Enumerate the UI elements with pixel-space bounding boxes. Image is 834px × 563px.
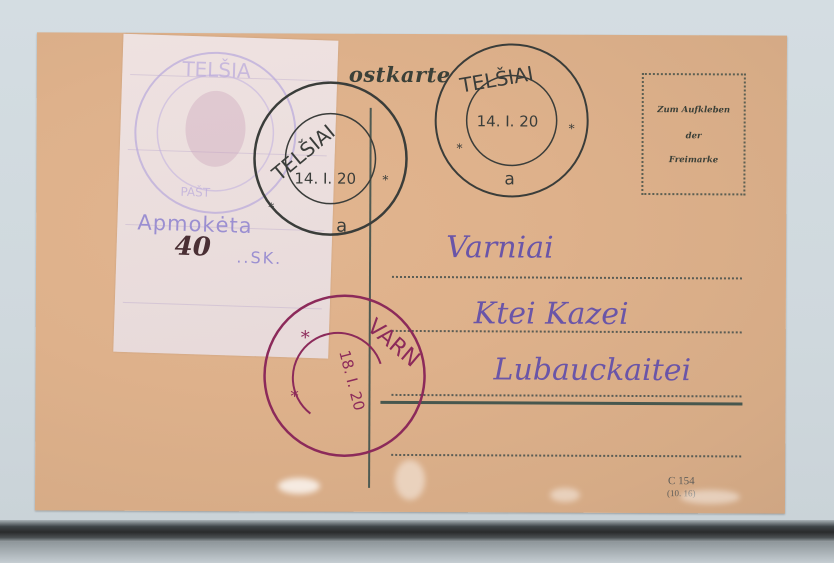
glare: [550, 488, 580, 502]
catalog-code: C 154: [667, 475, 696, 487]
svg-text:*: *: [301, 328, 310, 349]
album-sleeve-rail: [0, 520, 834, 542]
postmarks-layer: TELŠIAI 14. I. 20 a * * TELŠIAI 14. I. 2…: [35, 32, 787, 513]
album-sleeve-bottom: [0, 542, 834, 563]
postmark-varniai-icon: VARN 18. I. 20 * *: [264, 295, 425, 456]
svg-text:18. I. 20: 18. I. 20: [335, 348, 368, 412]
svg-text:14. I. 20: 14. I. 20: [294, 169, 356, 187]
glare: [395, 460, 425, 500]
postmark-telsiai-right-icon: TELŠIAI 14. I. 20 a * *: [435, 44, 588, 197]
postmark-telsiai-left-icon: TELŠIAI 14. I. 20 a * *: [254, 82, 407, 237]
svg-text:TELŠIAI: TELŠIAI: [457, 61, 535, 97]
postcard: TELŠIA PAŠT Apmokėta 40 ..SK. ostkarte Z…: [35, 32, 787, 513]
glare: [278, 478, 320, 494]
glare: [680, 490, 740, 504]
svg-text:*: *: [268, 200, 274, 214]
svg-text:*: *: [457, 141, 463, 155]
svg-text:VARN: VARN: [362, 314, 424, 372]
svg-text:*: *: [290, 386, 298, 405]
svg-text:a: a: [336, 216, 347, 237]
svg-text:a: a: [504, 169, 515, 189]
svg-text:14. I. 20: 14. I. 20: [477, 112, 539, 130]
svg-text:*: *: [569, 122, 575, 136]
svg-text:*: *: [382, 173, 388, 187]
